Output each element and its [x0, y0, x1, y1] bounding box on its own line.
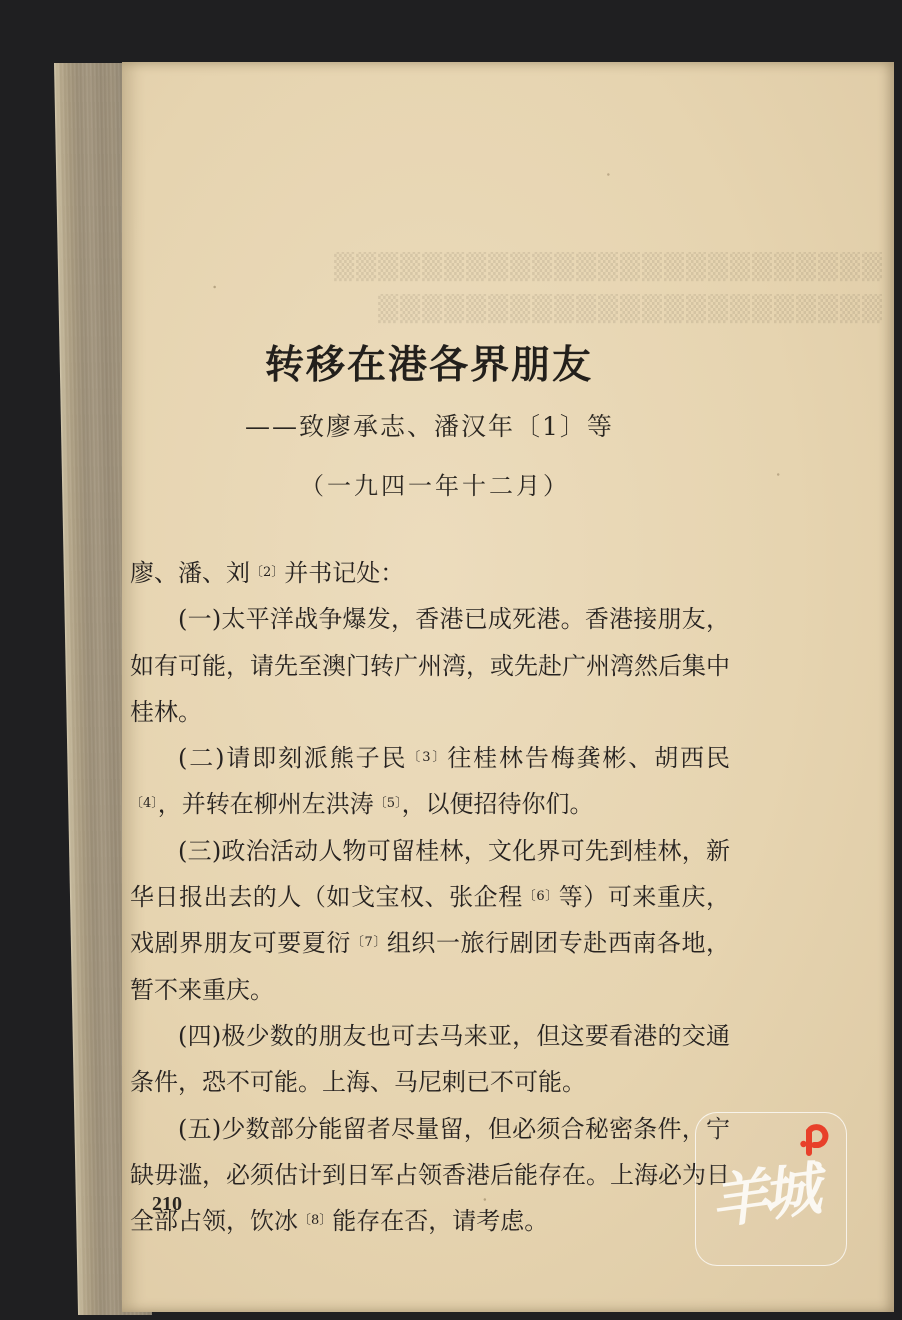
paragraph-3: (三)政治活动人物可留桂林，文化界可先到桂林，新华日报出去的人（如戈宝权、张企程…	[130, 828, 730, 1013]
footnote-ref: 〔5〕	[374, 796, 402, 811]
paragraph-number: (二)	[178, 744, 224, 772]
document-date: （一九四一年十二月）	[300, 466, 570, 501]
salutation: 廖、潘、刘〔2〕并书记处：	[130, 550, 730, 596]
paragraph-number: (四)	[178, 1022, 221, 1050]
watermark-logo: 羊城	[695, 1112, 847, 1266]
scanned-book-page: ▒▒▒▒▒▒▒▒▒▒▒▒▒▒▒▒▒▒▒▒▒▒▒▒▒ ▒▒▒▒▒▒▒▒▒▒▒▒▒▒…	[0, 0, 902, 1320]
paragraph-number: (一)	[178, 605, 221, 633]
page-title: 转移在港各界朋友	[265, 334, 593, 390]
page-subtitle: ——致廖承志、潘汉年〔1〕等	[245, 407, 614, 443]
footnote-ref: 〔3〕	[407, 750, 447, 765]
footnote-ref: 〔6〕	[523, 889, 559, 904]
paragraph-2: (二)请即刻派熊子民〔3〕往桂林告梅龚彬、胡西民〔4〕，并转在柳州左洪涛〔5〕，…	[130, 735, 730, 828]
bleed-through-texture: ▒▒▒▒▒▒▒▒▒▒▒▒▒▒▒▒▒▒▒▒▒▒▒	[222, 294, 882, 324]
paragraph-4: (四)极少数的朋友也可去马来亚，但这要看港的交通条件，恐不可能。上海、马尼剌已不…	[130, 1013, 730, 1106]
bleed-through-texture: ▒▒▒▒▒▒▒▒▒▒▒▒▒▒▒▒▒▒▒▒▒▒▒▒▒	[222, 252, 882, 282]
paragraph-number: (五)	[178, 1115, 221, 1143]
footnote-ref: 〔7〕	[351, 935, 387, 950]
letter-body: 廖、潘、刘〔2〕并书记处： (一)太平洋战争爆发，香港已成死港。香港接朋友，如有…	[130, 550, 730, 1244]
page-number: 210	[152, 1193, 182, 1216]
footnote-ref: 〔4〕	[130, 796, 158, 811]
paragraph-number: (三)	[178, 837, 221, 865]
footnote-ref: 〔2〕	[250, 565, 284, 580]
watermark-text: 羊城	[705, 1142, 820, 1240]
paragraph-5: (五)少数部分能留者尽量留，但必须合秘密条件，宁缺毋滥，必须估计到日军占领香港后…	[130, 1106, 730, 1245]
footnote-ref: 〔8〕	[298, 1213, 332, 1228]
paragraph-1: (一)太平洋战争爆发，香港已成死港。香港接朋友，如有可能，请先至澳门转广州湾，或…	[130, 596, 730, 735]
